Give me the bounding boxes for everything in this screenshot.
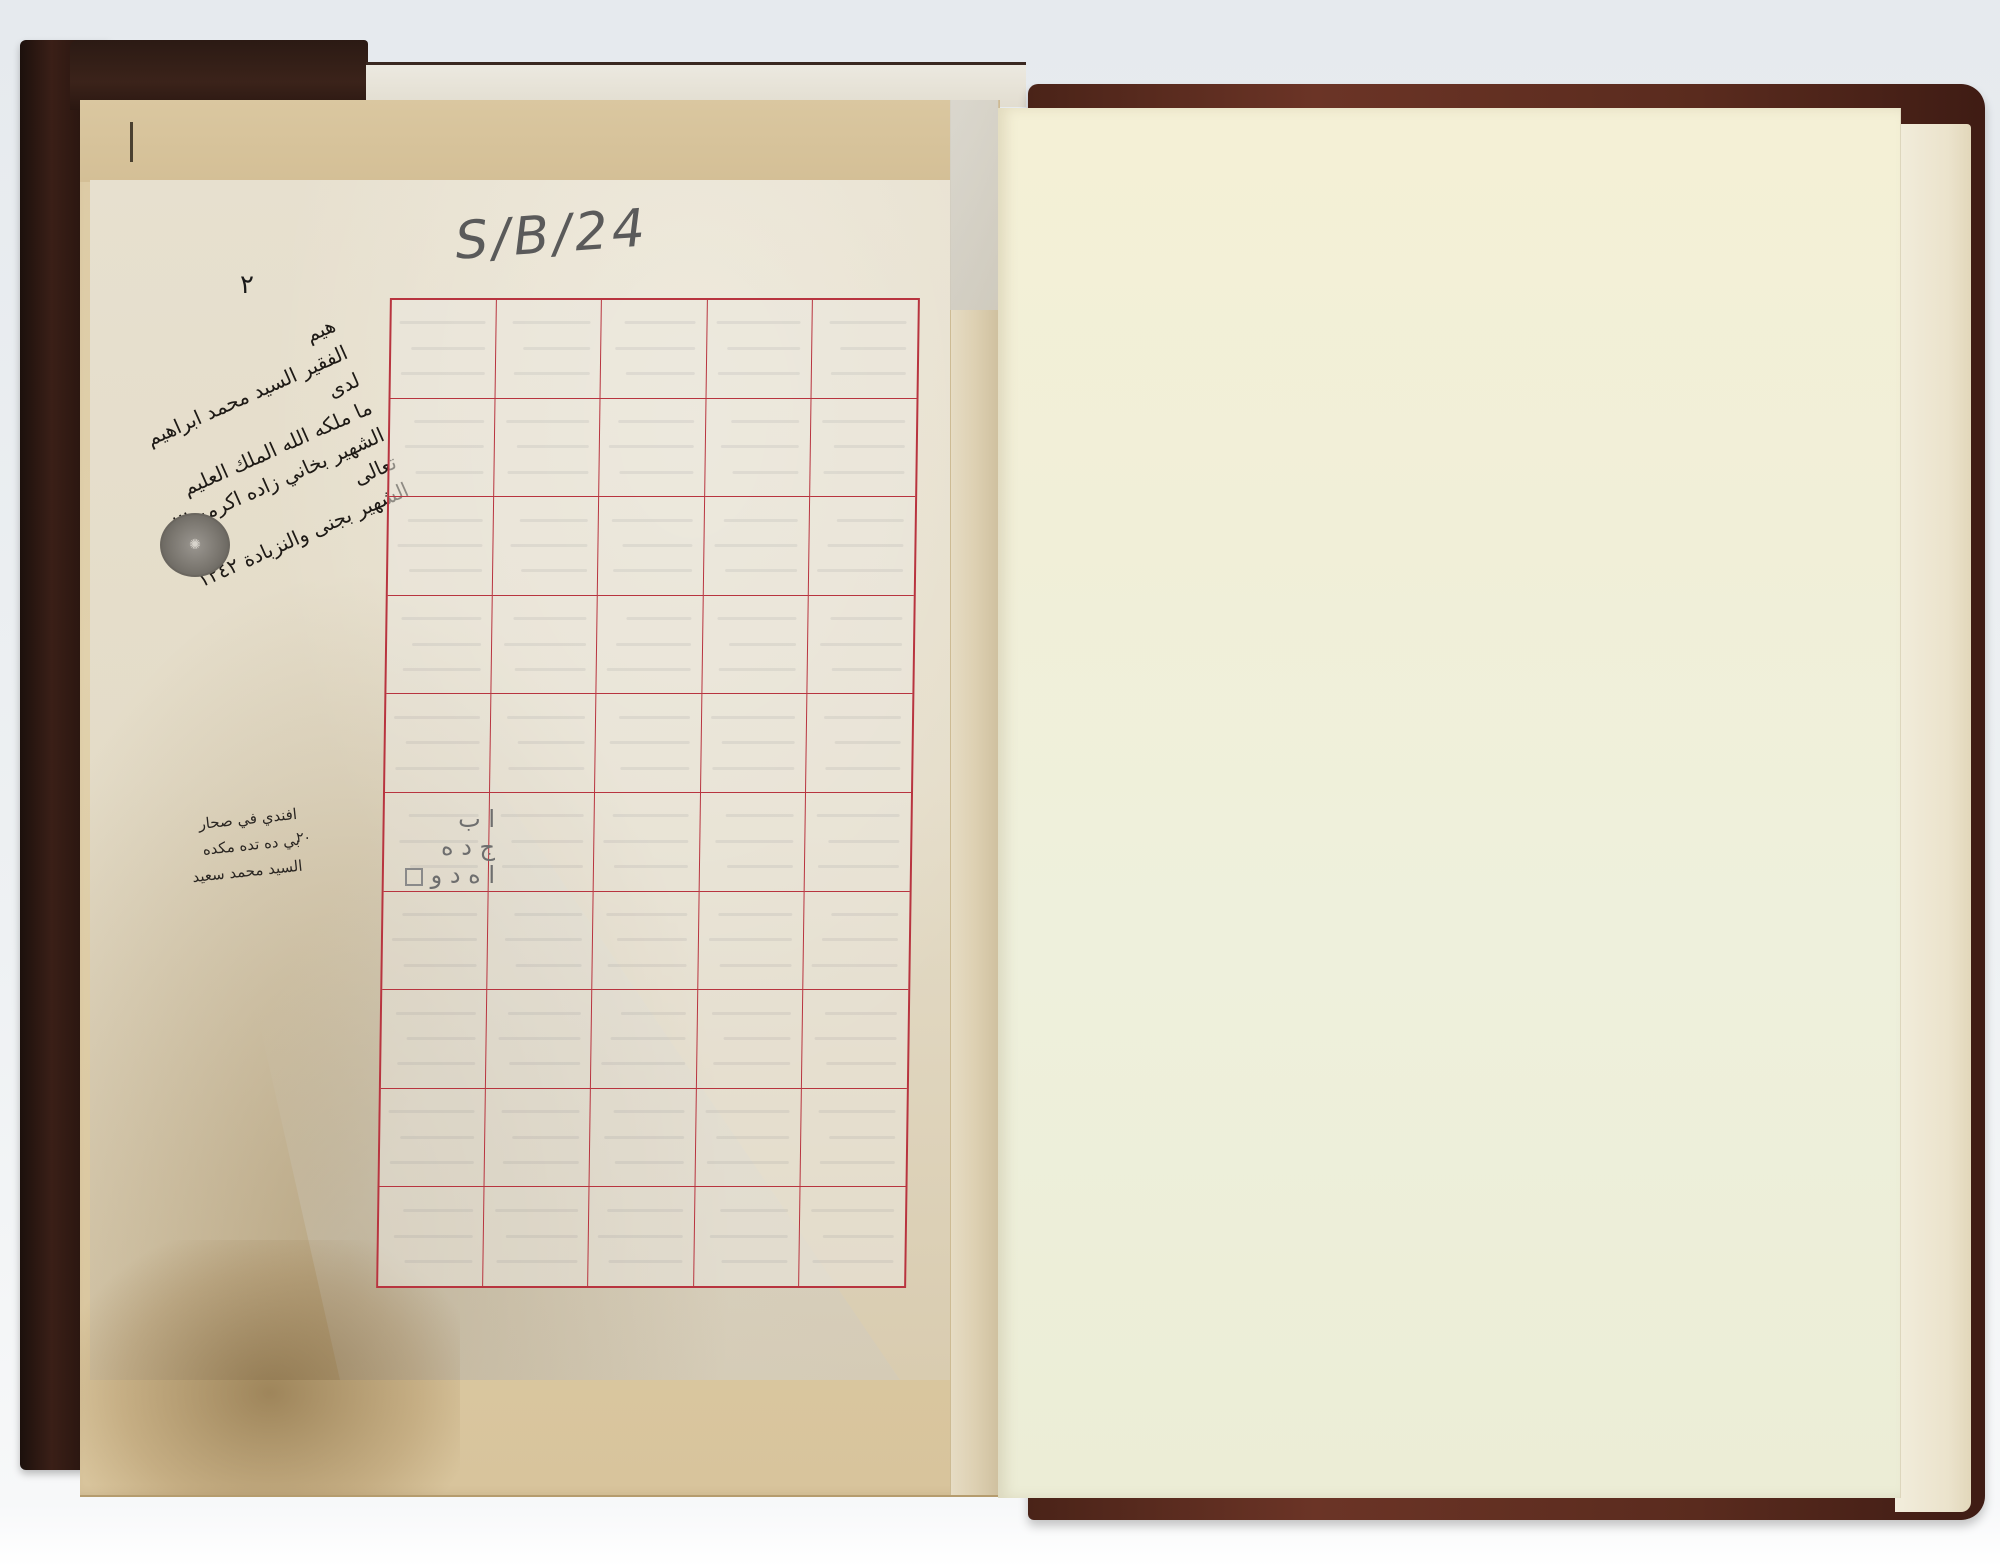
show-through-text (729, 643, 797, 646)
show-through-text (511, 840, 583, 843)
show-through-text (396, 767, 479, 770)
show-through-text (719, 668, 796, 671)
show-through-text (416, 471, 484, 474)
note-line: ج د ه (395, 833, 495, 861)
grid-cell (810, 399, 917, 498)
show-through-text (520, 519, 588, 522)
grid-cell (385, 694, 492, 793)
show-through-text (398, 544, 482, 547)
grid-cell (799, 1187, 906, 1286)
show-through-text (517, 445, 589, 448)
show-through-text (604, 1136, 684, 1139)
show-through-text (707, 1161, 789, 1164)
show-through-text (825, 767, 901, 770)
square-mark-icon (405, 868, 423, 886)
show-through-text (402, 913, 477, 916)
grid-cell (382, 892, 489, 991)
show-through-text (414, 420, 484, 423)
show-through-text (613, 814, 689, 817)
show-through-text (718, 372, 800, 375)
grid-cell (381, 990, 488, 1089)
show-through-text (411, 347, 485, 350)
show-through-text (612, 519, 693, 522)
show-through-text (400, 321, 485, 324)
show-through-text (812, 1209, 895, 1212)
show-through-text (603, 840, 689, 843)
show-through-text (401, 617, 481, 620)
grid-cell (591, 990, 698, 1089)
grid-cell (597, 596, 704, 695)
show-through-text (617, 938, 687, 941)
show-through-text (404, 445, 483, 448)
show-through-text (837, 519, 904, 522)
show-through-text (710, 1235, 788, 1238)
show-through-text (831, 372, 907, 375)
show-through-text (607, 1209, 683, 1212)
grid-cell (494, 399, 601, 498)
grid-cell (699, 793, 806, 892)
show-through-text (394, 716, 479, 719)
show-through-text (496, 1260, 577, 1263)
show-through-text (507, 716, 585, 719)
show-through-text (823, 420, 906, 423)
seal-stamp-icon: ✺ (160, 513, 230, 577)
show-through-text (609, 445, 695, 448)
grid-cell (703, 497, 810, 596)
show-through-text (613, 569, 692, 572)
show-through-text (818, 865, 899, 868)
show-through-text (835, 741, 901, 744)
show-through-text (823, 1235, 895, 1238)
grid-cell (483, 1187, 590, 1286)
show-through-text (516, 964, 582, 967)
grid-cell (800, 1089, 907, 1188)
show-through-text (727, 865, 794, 868)
grid-cell (485, 1089, 592, 1188)
right-page-blank (998, 108, 1901, 1498)
show-through-text (506, 1235, 578, 1238)
show-through-text (829, 321, 907, 324)
show-through-text (523, 347, 590, 350)
show-through-text (393, 1235, 472, 1238)
show-through-text (514, 372, 590, 375)
grid-cell (489, 793, 596, 892)
show-through-text (608, 964, 687, 967)
show-through-text (732, 471, 799, 474)
show-through-text (712, 1012, 791, 1015)
grid-cell (598, 497, 705, 596)
show-through-text (812, 964, 898, 967)
show-through-text (614, 1110, 685, 1113)
show-through-text (395, 1012, 475, 1015)
show-through-text (508, 1012, 581, 1015)
show-through-text (723, 1037, 791, 1040)
show-through-text (614, 865, 688, 868)
show-through-text (509, 1062, 580, 1065)
show-through-text (714, 544, 797, 547)
grid-cell (695, 1089, 802, 1188)
show-through-text (400, 1136, 474, 1139)
grid-cell (694, 1187, 801, 1286)
show-through-text (510, 544, 587, 547)
show-through-text (616, 643, 691, 646)
show-through-text (718, 617, 797, 620)
ruled-table-grid (376, 298, 920, 1288)
show-through-text (705, 1110, 789, 1113)
show-through-text (609, 1260, 683, 1263)
show-through-text (818, 1110, 896, 1113)
show-through-text (716, 840, 794, 843)
grid-cell (589, 1187, 696, 1286)
show-through-text (515, 668, 586, 671)
grid-cell (496, 300, 603, 399)
show-through-text (610, 741, 690, 744)
grid-cell (590, 1089, 697, 1188)
show-through-text (598, 1235, 684, 1238)
show-through-text (397, 1062, 475, 1065)
show-through-text (719, 913, 793, 916)
show-through-text (412, 643, 481, 646)
grid-cell (391, 300, 498, 399)
show-through-text (521, 569, 587, 572)
show-through-text (830, 617, 903, 620)
show-through-text (407, 1037, 476, 1040)
show-through-text (840, 347, 906, 350)
grid-cell (386, 596, 493, 695)
grid-cell (593, 892, 700, 991)
grid-cell (702, 596, 809, 695)
grid-cell (492, 596, 599, 695)
show-through-text (813, 1260, 894, 1263)
show-through-text (626, 372, 695, 375)
show-through-text (506, 420, 589, 423)
grid-cell (803, 892, 910, 991)
show-through-text (606, 913, 687, 916)
grid-cell (388, 497, 495, 596)
grid-cell (802, 990, 909, 1089)
show-through-text (829, 1136, 895, 1139)
secondary-inscription: افندي في صحار بي ده تده مكده السيد محمد … (156, 801, 303, 893)
show-through-text (500, 814, 583, 817)
folio-mark (130, 122, 133, 162)
show-through-text (518, 741, 585, 744)
show-through-text (389, 1110, 474, 1113)
show-through-text (717, 321, 801, 324)
show-through-text (402, 668, 480, 671)
show-through-text (512, 1136, 579, 1139)
show-through-text (831, 913, 898, 916)
grid-cell (601, 300, 708, 399)
grid-cell (486, 990, 593, 1089)
show-through-text (513, 617, 586, 620)
show-through-text (620, 1012, 686, 1015)
grid-cell (600, 399, 707, 498)
show-through-text (408, 519, 483, 522)
show-through-text (721, 445, 799, 448)
show-through-text (619, 716, 690, 719)
grid-cell (379, 1089, 486, 1188)
show-through-text (717, 1136, 790, 1139)
show-through-text (724, 519, 798, 522)
show-through-text (507, 471, 588, 474)
show-through-text (623, 544, 693, 547)
grid-cell (804, 793, 911, 892)
note-line: ا ب (395, 805, 495, 833)
show-through-text (615, 347, 695, 350)
show-through-text (824, 471, 905, 474)
grid-cell (807, 596, 914, 695)
show-through-text (512, 321, 590, 324)
show-through-text (515, 913, 583, 916)
show-through-text (403, 964, 476, 967)
show-through-text (709, 938, 792, 941)
show-through-text (392, 938, 476, 941)
show-through-text (621, 767, 690, 770)
grid-cell (490, 694, 597, 793)
show-through-text (625, 321, 696, 324)
grid-cell (701, 694, 808, 793)
grid-cell (389, 399, 496, 498)
grid-cell (705, 399, 812, 498)
show-through-text (832, 668, 903, 671)
show-through-text (508, 767, 584, 770)
show-through-text (503, 1161, 579, 1164)
show-through-text (826, 1062, 897, 1065)
grid-cell (806, 694, 913, 793)
grid-cell (487, 892, 594, 991)
show-through-text (620, 471, 694, 474)
show-through-text (615, 1161, 684, 1164)
inscription-marker: ٢٠ (296, 830, 311, 846)
grid-cell (493, 497, 600, 596)
show-through-text (731, 420, 800, 423)
flyleaf-edge (1895, 124, 1971, 1512)
show-through-text (498, 1037, 580, 1040)
grid-cell (811, 300, 918, 399)
show-through-text (827, 544, 904, 547)
show-through-text (404, 1260, 472, 1263)
show-through-text (401, 372, 484, 375)
grid-cell (378, 1187, 485, 1286)
show-through-text (505, 938, 582, 941)
show-through-text (820, 643, 902, 646)
show-through-text (611, 1037, 686, 1040)
grid-cell (698, 892, 805, 991)
show-through-text (721, 1260, 788, 1263)
show-through-text (834, 445, 906, 448)
show-through-text (820, 1161, 896, 1164)
show-through-text (711, 716, 795, 719)
show-through-text (626, 617, 692, 620)
grid-cell (594, 793, 701, 892)
show-through-text (722, 741, 795, 744)
show-through-text (720, 964, 792, 967)
show-through-text (824, 716, 902, 719)
show-through-text (725, 814, 794, 817)
show-through-text (409, 569, 482, 572)
show-through-text (817, 569, 903, 572)
show-through-text (601, 1062, 685, 1065)
show-through-text (825, 1012, 898, 1015)
show-through-text (502, 865, 583, 868)
page-number: ٢ (240, 270, 254, 300)
show-through-text (501, 1110, 579, 1113)
show-through-text (828, 840, 900, 843)
show-through-text (728, 347, 801, 350)
show-through-text (713, 1062, 790, 1065)
show-through-text (712, 767, 794, 770)
show-through-text (403, 1209, 473, 1212)
grid-cell (595, 694, 702, 793)
grid-cell (706, 300, 813, 399)
repair-paper-top-band (80, 100, 950, 182)
show-through-text (720, 1209, 789, 1212)
show-through-text (504, 643, 586, 646)
show-through-text (817, 814, 900, 817)
show-through-text (606, 668, 690, 671)
grid-cell (809, 497, 916, 596)
show-through-text (495, 1209, 578, 1212)
show-through-text (390, 1161, 473, 1164)
show-through-text (618, 420, 694, 423)
show-through-text (815, 1037, 897, 1040)
gutter-tissue-repair (950, 100, 998, 310)
show-through-text (726, 569, 798, 572)
show-through-text (822, 938, 899, 941)
show-through-text (405, 741, 479, 744)
grid-cell (696, 990, 803, 1089)
